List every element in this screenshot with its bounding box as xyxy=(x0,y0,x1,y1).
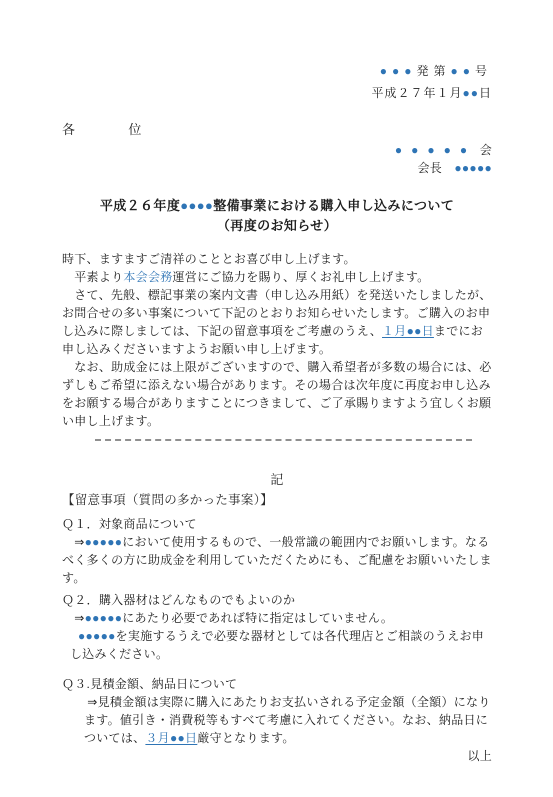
text-segment: において使用するもので、一般常識の範囲内でお願いします。なるべく多くの方に助成金… xyxy=(62,535,492,585)
text-segment: を実施するうえで必要な器材としては各代理店とご相談のうえお申し込みください。 xyxy=(70,629,484,661)
text-segment: 号 xyxy=(475,64,492,78)
text-segment: 運営にご協力を賜り、厚くお礼申し上げます。 xyxy=(173,270,430,284)
question-2-answer-line1: ⇒●●●●●にあたり必要であれば特に指定はしていません。 xyxy=(62,609,492,627)
question-1-answer: ⇒●●●●●において使用するもので、一般常識の範囲内でお願いします。なるべく多く… xyxy=(62,533,492,587)
masked-dots: ●● xyxy=(462,86,479,100)
paragraph-greeting: 時下、ますますご清祥のこととお喜び申し上げます。 xyxy=(62,250,492,268)
text-segment: ⇒ xyxy=(62,611,85,625)
text-segment: 時下、ますますご清祥のこととお喜び申し上げます。 xyxy=(62,252,356,266)
sender-block: ●●●●● 会 会長 ●●●●● xyxy=(62,141,492,177)
sender-organization: ●●●●● 会 xyxy=(62,141,492,159)
addressee: 各 位 xyxy=(62,122,492,138)
masked-dots: ●●●●● xyxy=(85,611,123,625)
inline-link[interactable]: ３月●●日 xyxy=(145,731,197,745)
text-segment: 厳守となります。 xyxy=(197,731,294,745)
sender-president: 会長 ●●●●● xyxy=(62,159,492,177)
masked-dots: ●●●●● xyxy=(395,143,476,157)
text-segment: 日 xyxy=(479,86,492,100)
question-3-block: Ｑ３.見積金額、納品日について ⇒見積金額は実際に購入にあたりお支払いされる予定… xyxy=(62,675,492,747)
document-subtitle: （再度のお知らせ） xyxy=(62,216,492,236)
document-page: ●●●発第●●号 平成２７年１月●●日 各 位 ●●●●● 会 会長 ●●●●●… xyxy=(0,0,553,797)
question-3-heading: Ｑ３.見積金額、納品日について xyxy=(62,675,492,693)
paragraph-thanks: 平素より本会会務運営にご協力を賜り、厚くお礼申し上げます。 xyxy=(62,268,492,286)
masked-dots: ●● xyxy=(450,64,475,78)
text-segment: 平成２７年１月 xyxy=(371,86,462,100)
text-segment: にあたり必要であれば特に指定はしていません。 xyxy=(122,611,393,625)
paragraph-notice: さて、先般、標記事業の案内文書（申し込み用紙）を発送いたしましたが、お問合せの多… xyxy=(62,286,492,358)
masked-dots: ●●●●● xyxy=(78,629,116,643)
text-segment: 会長 xyxy=(418,161,455,175)
record-mark: 記 xyxy=(62,471,492,489)
masked-dots: ●●●●● xyxy=(454,161,492,175)
letter-body: 時下、ますますご清祥のこととお喜び申し上げます。 平素より本会会務運営にご協力を… xyxy=(62,250,492,430)
text-segment: 会 xyxy=(476,143,492,157)
text-segment: 平素より xyxy=(62,270,123,284)
notes-section-heading: 【留意事項（質問の多かった事案）】 xyxy=(62,491,492,509)
text-segment: なお、助成金には上限がございますので、購入希望者が多数の場合には、必ずしもご希望… xyxy=(62,360,492,428)
question-2-block: Ｑ２．購入器材はどんなものでもよいのか ⇒●●●●●にあたり必要であれば特に指定… xyxy=(62,591,492,663)
question-3-answer: ⇒見積金額は実際に購入にあたりお支払いされる予定金額（全額）になります。値引き・… xyxy=(62,693,492,747)
document-title: 平成２６年度●●●●整備事業における購入申し込みについて （再度のお知らせ） xyxy=(62,196,492,236)
paragraph-caution: なお、助成金には上限がございますので、購入希望者が多数の場合には、必ずしもご希望… xyxy=(62,358,492,430)
document-header: ●●●発第●●号 平成２７年１月●●日 xyxy=(62,0,492,104)
question-2-answer-line2: ●●●●●を実施するうえで必要な器材としては各代理店とご相談のうえお申し込みくだ… xyxy=(62,627,492,663)
document-number: ●●●発第●●号 xyxy=(62,60,492,82)
masked-dots: ●●● xyxy=(380,64,417,78)
closing-mark: 以上 xyxy=(62,747,492,765)
question-2-heading: Ｑ２．購入器材はどんなものでもよいのか xyxy=(62,591,492,609)
text-segment: 整備事業における購入申し込みについて xyxy=(213,198,454,213)
document-date: 平成２７年１月●●日 xyxy=(62,82,492,104)
inline-link[interactable]: 本会会務 xyxy=(123,270,172,284)
dashed-separator xyxy=(95,439,472,441)
text-segment: 平成２６年度 xyxy=(100,198,180,213)
masked-dots: ●●●●● xyxy=(85,535,123,549)
document-title-line1: 平成２６年度●●●●整備事業における購入申し込みについて xyxy=(62,196,492,216)
masked-dots: ●●●● xyxy=(180,198,213,213)
text-segment: ⇒ xyxy=(62,535,85,549)
question-1-block: Ｑ１．対象商品について ⇒●●●●●において使用するもので、一般常識の範囲内でお… xyxy=(62,515,492,587)
question-1-heading: Ｑ１．対象商品について xyxy=(62,515,492,533)
text-segment: 発第 xyxy=(416,64,450,78)
inline-link[interactable]: １月●●日 xyxy=(382,324,434,338)
